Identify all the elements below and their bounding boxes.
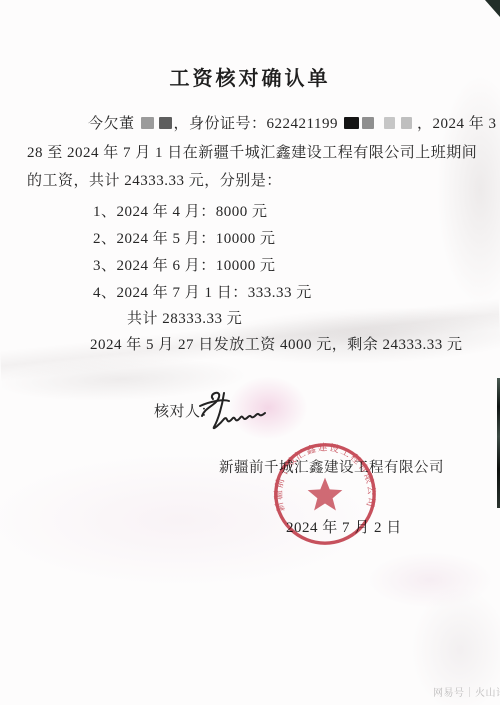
body-line-1-mid: ，身份证号：622421199 xyxy=(174,116,338,132)
redaction-block-id-2 xyxy=(362,117,374,129)
watermark-text: 网易号｜火山诗话 xyxy=(433,684,500,699)
salary-item-1: 1、2024 年 4 月：8000 元 xyxy=(93,200,268,221)
body-line-1-pre: 今欠董 xyxy=(88,116,135,132)
photo-background-corner xyxy=(485,0,500,17)
redaction-block-id-3 xyxy=(384,117,395,129)
salary-item-2: 2、2024 年 5 月：10000 元 xyxy=(93,227,276,248)
body-line-1: 今欠董，身份证号：622421199，2024 年 3 月 xyxy=(88,112,500,133)
body-line-2: 28 至 2024 年 7 月 1 日在新疆千城汇鑫建设工程有限公司上班期间 xyxy=(27,141,477,162)
company-seal-stamp: 新疆前千城汇鑫建设工程有限公司 xyxy=(272,441,378,547)
body-line-1-post: ，2024 年 3 月 xyxy=(417,116,500,132)
paper-wrinkle-shading xyxy=(400,40,500,380)
redaction-block-id-4 xyxy=(401,117,412,129)
star-icon xyxy=(308,478,343,511)
paper-wrinkle-shading xyxy=(300,540,500,705)
body-line-3: 的工资，共计 24333.33 元，分别是： xyxy=(27,169,282,190)
handwritten-signature xyxy=(193,386,279,438)
salary-item-3: 3、2024 年 6 月：10000 元 xyxy=(93,254,276,275)
salary-item-4: 4、2024 年 7 月 1 日：333.33 元 xyxy=(93,281,312,302)
redaction-block-name-2 xyxy=(159,117,172,129)
document-title: 工资核对确认单 xyxy=(0,62,500,91)
redaction-block-name-1 xyxy=(141,117,154,129)
salary-confirmation-document-photo: 工资核对确认单 今欠董，身份证号：622421199，2024 年 3 月 28… xyxy=(0,0,500,705)
total-line: 共计 28333.33 元 xyxy=(127,307,242,328)
redaction-block-id-1 xyxy=(344,117,359,129)
payment-line: 2024 年 5 月 27 日发放工资 4000 元，剩余 24333.33 元 xyxy=(90,333,463,354)
